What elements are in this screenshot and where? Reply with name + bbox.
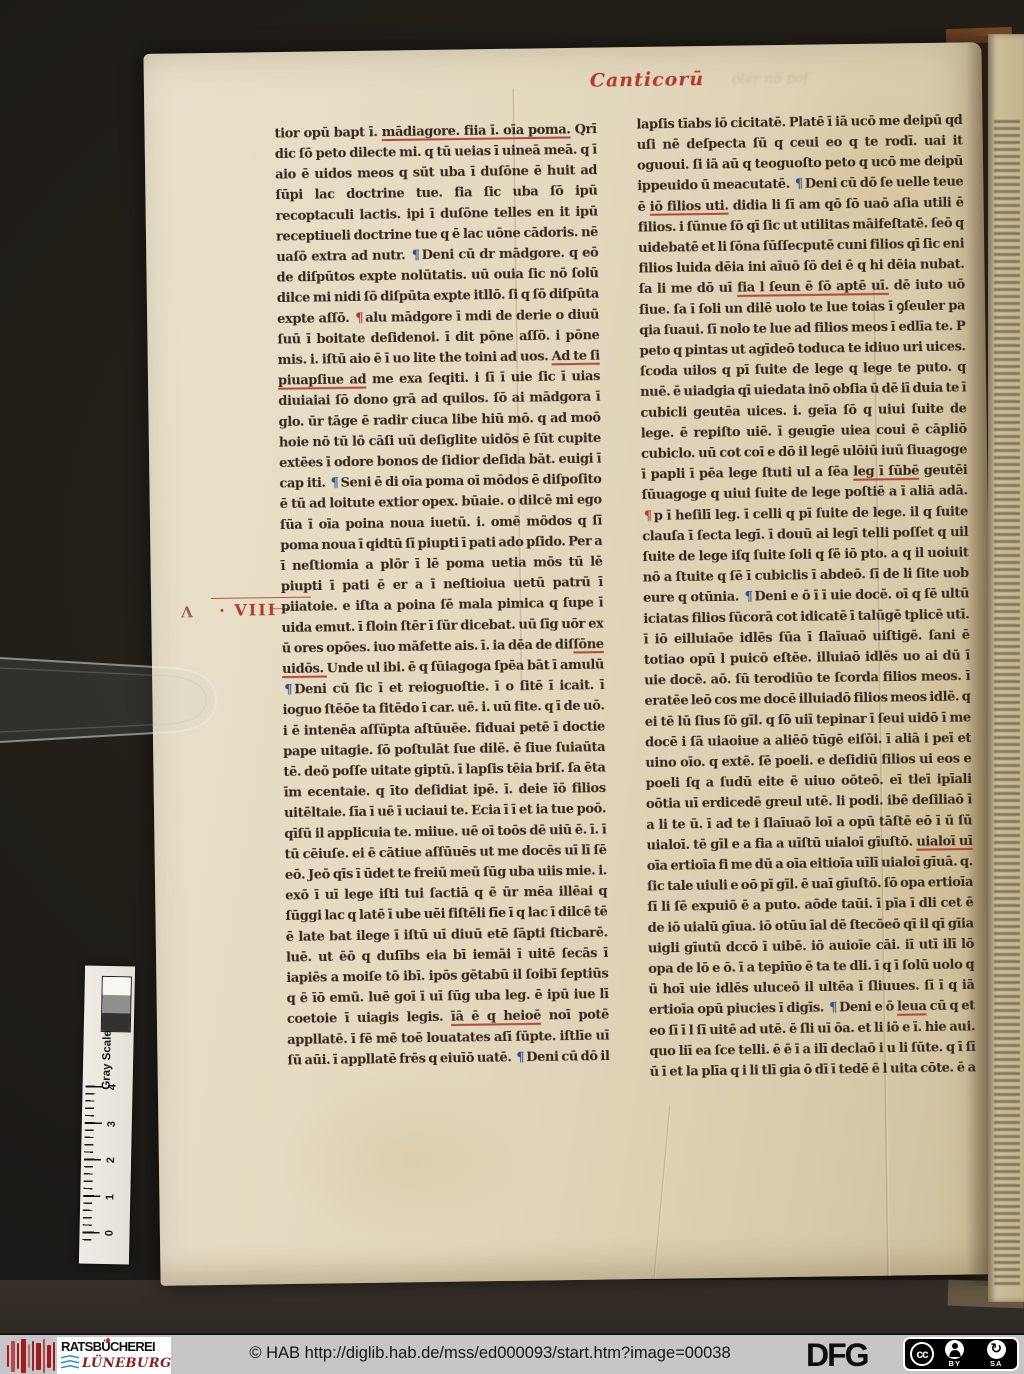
text-column-left: tior opū bapt ī. mādiagore. fiia ī. oīa …: [274, 120, 609, 1072]
text-column-right: lapſis tīabs iō cicitatē. Platē ī iā ucō…: [636, 110, 975, 1083]
patch-white: [103, 977, 131, 996]
sa-label: SA: [990, 1360, 1002, 1368]
margin-caret-mark: Λ: [181, 603, 193, 621]
red-umlaut-dot: [106, 1338, 110, 1343]
by-label: BY: [949, 1360, 961, 1368]
caption-bar: RATSBÜCHEREI LÜNEBURG © HAB http://digli…: [0, 1333, 1024, 1374]
parchment-crease: [651, 1107, 672, 1286]
gray-scale-ruler: Gray Scale 43210: [79, 966, 135, 1265]
next-leaf-edge: [988, 34, 1024, 1302]
dfg-logo: DFG: [806, 1337, 868, 1374]
share-alike-arrow-icon: ↻: [987, 1340, 1006, 1359]
book-cradle-surface: [0, 1280, 1024, 1333]
ruler-major-ticks: [82, 1086, 102, 1238]
next-leaf-text-lines: [994, 120, 1020, 1288]
cc-icon: cc: [910, 1342, 934, 1366]
running-title: Canticorū: [590, 68, 705, 92]
cc-by-item: BY: [934, 1340, 976, 1368]
manuscript-page: Canticorū oler nō poſ Λ · VIII · tior op…: [143, 42, 998, 1286]
ruler-numbers: [85, 966, 135, 967]
gray-scale-patches: [101, 976, 132, 1033]
library-city: LÜNEBURG: [82, 1356, 171, 1371]
patch-gray: [102, 995, 130, 1014]
faint-inscription: oler nō poſ: [732, 69, 912, 88]
patch-black: [102, 1013, 130, 1032]
cc-license-badge: cc BY ↻ SA: [903, 1337, 1019, 1371]
water-waves-icon: [61, 1355, 79, 1371]
library-logo-box: RATSBÜCHEREI LÜNEBURG: [57, 1337, 171, 1374]
ratsbuecherei-bars-logo: [7, 1338, 55, 1374]
page-holder-strip: [0, 638, 232, 762]
copyright-url-text: © HAB http://diglib.hab.de/mss/ed000093/…: [180, 1344, 800, 1363]
attribution-person-icon: [945, 1340, 964, 1359]
parchment-stain: [278, 1069, 540, 1253]
cc-sa-item: ↻ SA: [976, 1340, 1018, 1368]
